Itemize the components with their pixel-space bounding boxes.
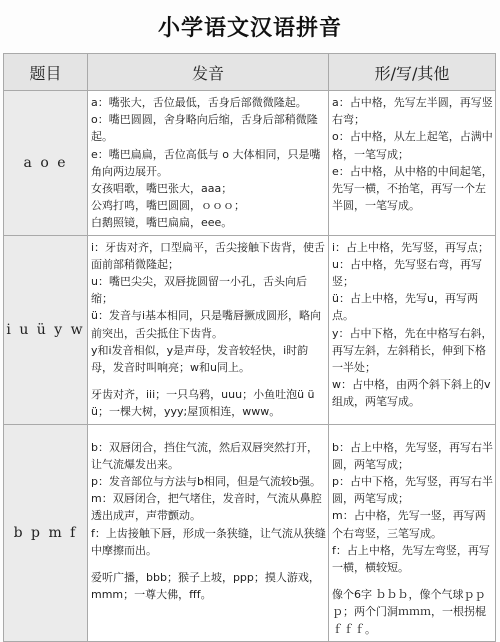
text-line: 白鹅照镜，嘴巴扁扁，eee。 [91, 214, 326, 231]
text-line: w：占中格，由两个斜下斜上的v组成，两笔写成。 [332, 376, 493, 410]
table-row: i u ü y w i：牙齿对齐，口型扁平，舌尖接触下齿背，使舌面前部稍微隆起；… [4, 235, 496, 424]
header-topic: 题目 [4, 54, 88, 91]
text-line: m：占中格，先写一竖，再写两个右弯竖，三笔写成。 [332, 507, 493, 541]
text-line: u：嘴巴尖尖，双唇拢圆留一小孔，舌头向后缩； [91, 273, 326, 307]
row-label: a o e [4, 91, 88, 236]
text-line: p：占中下格，先写竖，再写右半圆，两笔写成； [332, 473, 493, 507]
text-line: i：牙齿对齐，口型扁平，舌尖接触下齿背，使舌面前部稍微隆起； [91, 239, 326, 273]
pronunciation-cell: a：嘴张大，舌位最低，舌身后部微微隆起。 o：嘴巴圆圆，舍身略向后缩，舌身后部稍… [88, 91, 329, 236]
text-line: e：嘴巴扁扁，舌位高低与 o 大体相同，只是嘴角向两边展开。 [91, 146, 326, 180]
text-line: a：嘴张大，舌位最低，舌身后部微微隆起。 [91, 94, 326, 111]
pronunciation-cell: b：双唇闭合，挡住气流，然后双唇突然打开，让气流爆发出来。 p：发音部位与方法与… [88, 424, 329, 551]
header-pronunciation: 发音 [88, 54, 329, 91]
header-writing: 形/写/其他 [329, 54, 496, 91]
pinyin-table: 题目 发音 形/写/其他 a o e a：嘴张大，舌位最低，舌身后部微微隆起。 … [3, 53, 496, 551]
text-line: m：双唇闭合，把气堵住，发音时，气流从鼻腔透出成声，声带颤动。 [91, 490, 326, 524]
text-line: b：占上中格，先写竖，再写右半圆，两笔写成； [332, 439, 493, 473]
page-title: 小学语文汉语拼音 [0, 0, 500, 53]
text-line: f：上齿接触下唇，形成一条狭缝，让气流从狭缝中摩擦而出。 [91, 525, 326, 551]
text-line: ü：占上中格，先写u，再写两点。 [332, 290, 493, 324]
table-header-row: 题目 发音 形/写/其他 [4, 54, 496, 91]
text-line: p：发音部位与方法与b相同，但是气流较b强。 [91, 473, 326, 490]
text-line: y和i发音相似，y是声母，发音较轻快，i时韵母，发音时叫响亮；w和u同上。 [91, 342, 326, 376]
text-line: u：占中格，先写竖右弯，再写竖； [332, 256, 493, 290]
text-line: i：占上中格，先写竖，再写点； [332, 239, 493, 256]
text-line: o：嘴巴圆圆，舍身略向后缩，舌身后部稍微隆起。 [91, 111, 326, 145]
text-line: 女孩唱歌，嘴巴张大，aaa； [91, 180, 326, 197]
row-label: b p m f [4, 424, 88, 551]
text-line: b：双唇闭合，挡住气流，然后双唇突然打开，让气流爆发出来。 [91, 439, 326, 473]
row-label: i u ü y w [4, 235, 88, 424]
spacer [91, 376, 326, 386]
writing-cell: i：占上中格，先写竖，再写点； u：占中格，先写竖右弯，再写竖； ü：占上中格，… [329, 235, 496, 424]
text-line: o：占中格，从左上起笔，占满中格，一笔写成； [332, 128, 493, 162]
table-row: b p m f b：双唇闭合，挡住气流，然后双唇突然打开，让气流爆发出来。 p：… [4, 424, 496, 551]
writing-cell: b：占上中格，先写竖，再写右半圆，两笔写成； p：占中下格，先写竖，再写右半圆，… [329, 424, 496, 551]
table-row: a o e a：嘴张大，舌位最低，舌身后部微微隆起。 o：嘴巴圆圆，舍身略向后缩… [4, 91, 496, 236]
pronunciation-cell: i：牙齿对齐，口型扁平，舌尖接触下齿背，使舌面前部稍微隆起； u：嘴巴尖尖，双唇… [88, 235, 329, 424]
text-line: ü：发音与i基本相同，只是嘴唇撅成圆形，略向前突出，舌尖抵住下齿背。 [91, 307, 326, 341]
text-line: 牙齿对齐，iii；一只乌鸦，uuu；小鱼吐泡ü ü ü；一棵大树，yyy;屋顶相… [91, 386, 326, 420]
text-line: 公鸡打鸣，嘴巴圆圆，ｏｏｏ； [91, 197, 326, 214]
text-line: y：占中下格，先在中格写右斜，再写左斜，左斜稍长，伸到下格一半处； [332, 325, 493, 377]
writing-cell: a：占中格，先写左半圆，再写竖右弯； o：占中格，从左上起笔，占满中格，一笔写成… [329, 91, 496, 236]
text-line: f：占上中格，先写左弯竖，再写一横，横较短。 [332, 542, 493, 551]
text-line: e：占中格，从中格的中间起笔，先写一横，不抬笔，再写一个左半圆，一笔写成。 [332, 163, 493, 215]
text-line: a：占中格，先写左半圆，再写竖右弯； [332, 94, 493, 128]
